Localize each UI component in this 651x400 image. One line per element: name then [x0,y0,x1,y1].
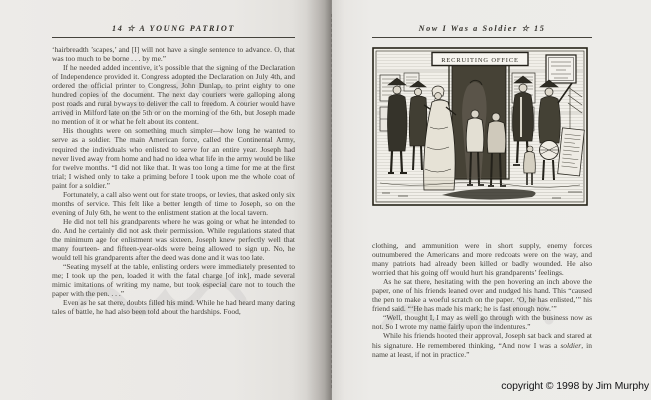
book-spread-scan: { "left_page": { "header": "14 ☆ A YOUNG… [0,0,651,400]
paragraph: If he needed added incentive, it’s possi… [52,63,295,126]
paragraph: His thoughts were on something much simp… [52,126,295,189]
page-right: Now I Was a Soldier ☆ 15 [332,0,651,400]
paragraph: He did not tell his grandparents where h… [52,217,295,262]
paragraph: Even as he sat there, doubts filled his … [52,298,295,316]
paragraph: ‘hairbreadth ’scapes,’ and [I] will not … [52,45,295,63]
paragraph: “Seating myself at the table, enlisting … [52,262,295,298]
paragraph-text: While his friends hooted their approval,… [372,331,592,349]
body-text-left: ‘hairbreadth ’scapes,’ and [I] will not … [52,45,295,316]
recruiting-office-sign: RECRUITING OFFICE [432,53,528,66]
paragraph: clothing, and ammunition were in short s… [372,241,592,277]
paragraph: “Well, thought I, I may as well go throu… [372,313,592,331]
illustration-engraving: RECRUITING OFFICE [372,47,588,206]
body-text-right: clothing, and ammunition were in short s… [372,241,592,359]
running-head-right: Now I Was a Soldier ☆ 15 [372,23,592,38]
page-left: 14 ☆ A YOUNG PATRIOT ‘hairbreadth ’scape… [0,0,332,400]
framed-sign [546,55,576,83]
svg-text:RECRUITING OFFICE: RECRUITING OFFICE [441,57,519,64]
copyright-notice: copyright © 1998 by Jim Murphy [501,380,649,392]
paragraph: Fortunately, a call also went out for st… [52,190,295,217]
paragraph: While his friends hooted their approval,… [372,331,592,358]
running-head-left: 14 ☆ A YOUNG PATRIOT [52,23,295,38]
leaning-placard [558,128,585,176]
italicized-word: soldier [560,341,581,350]
paragraph: As he sat there, hesitating with the pen… [372,277,592,313]
